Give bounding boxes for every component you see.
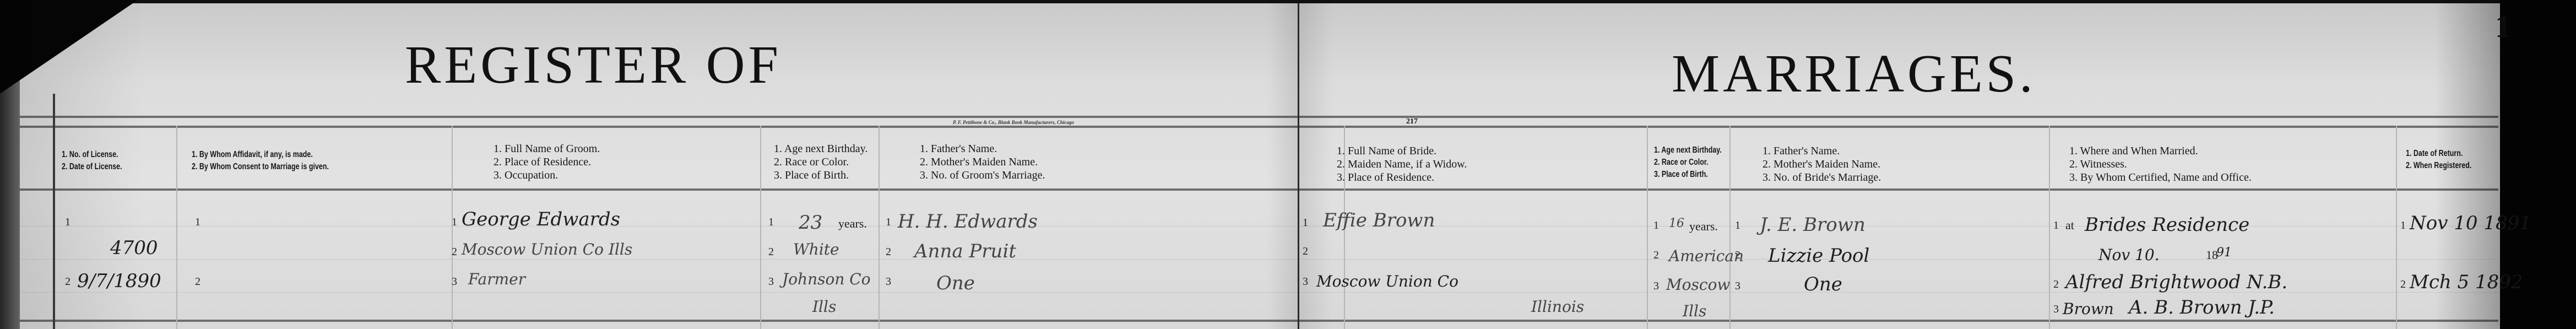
groom-race: White [793,240,839,258]
row-numeral: 2 [2053,278,2059,291]
register-scan: REGISTER OF MARRIAGES. 1 P. F. Pettibone… [0,0,2576,329]
witnesses: Alfred Brightwood N.B. [2065,271,2287,293]
row-numeral: 3 [452,276,457,288]
row-numeral: 2 [2400,278,2406,291]
column-rule [176,126,177,329]
column-rule [2049,126,2050,329]
printed-years: years. [1689,219,1718,234]
certified-by: A. B. Brown J.P. [2129,296,2275,319]
title-marriages: MARRIAGES. [1672,43,2036,105]
bride-birthplace: Moscow [1666,276,1730,294]
header-bride-age: 1. Age next Birthday. 2. Race or Color. … [1654,144,1722,181]
bride-name: Effie Brown [1323,209,1435,231]
bride-age: 16 [1669,217,1684,230]
date-of-return: Nov 10 1891 [2410,212,2531,234]
bride-father: J. E. Brown [1760,214,1865,236]
row-numeral: 2 [65,276,70,288]
row-numeral: 1 [1653,219,1659,232]
when-registered: Mch 5 1892 [2410,271,2523,293]
row-numeral: 2 [1653,249,1659,262]
row-numeral: 3 [1303,276,1308,288]
printer-imprint: P. F. Pettibone & Co., Blank Book Manufa… [953,120,1074,125]
row-numeral: 2 [452,246,457,258]
row-numeral: 3 [886,276,891,288]
header-bride: 1. Full Name of Bride. 2. Maiden Name, i… [1337,144,1467,184]
row-numeral: 1 [2053,219,2059,232]
header-rule-bottom [20,188,2498,191]
column-rule [1729,126,1731,329]
license-number: 4700 [110,237,158,259]
margin-rule [53,94,55,329]
bride-birthplace-state: Ills [1683,302,1706,320]
groom-residence: Moscow Union Co Ills [462,240,632,258]
row-numeral: 1 [2400,219,2406,232]
certified-by-prefix: Brown [2063,300,2114,318]
header-license: 1. No. of License. 2. Date of License. [62,149,122,173]
row-rule-bottom [20,320,2498,322]
row-numeral: 3 [1653,280,1659,293]
groom-father: H. H. Edwards [898,211,1038,233]
header-affidavit: 1. By Whom Affidavit, if any, is made. 2… [192,149,329,173]
header-groom: 1. Full Name of Groom. 2. Place of Resid… [493,142,600,182]
groom-mother: Anna Pruit [914,240,1016,262]
page-top-edge [0,0,2576,3]
folio-number: 217 [1406,117,1418,126]
printed-years: years. [838,217,867,231]
row-numeral: 3 [2053,303,2059,316]
printed-at: at [2065,218,2074,233]
married-when: Nov 10. [2098,246,2160,264]
groom-marriage-number: One [936,272,975,294]
header-return: 1. Date of Return. 2. When Registered. [2406,148,2471,172]
groom-name: George Edwards [462,208,620,230]
married-year: 91 [2216,246,2232,260]
row-numeral: 1 [768,216,774,229]
bride-residence: Moscow Union Co [1316,272,1458,290]
bride-marriage-number: One [1804,273,1842,295]
bride-race: American [1669,247,1744,265]
groom-birthplace: Johnson Co [782,270,871,288]
row-numeral: 2 [768,246,774,258]
header-ceremony: 1. Where and When Married. 2. Witnesses.… [2069,144,2252,184]
license-date: 9/7/1890 [77,270,161,292]
column-rule [2396,126,2397,329]
row-numeral: 3 [1735,280,1740,293]
row-numeral: 1 [886,216,891,229]
groom-occupation: Farmer [468,270,525,288]
row-numeral: 3 [768,276,774,288]
column-rule [760,126,761,329]
torn-corner [0,0,138,94]
title-register-of: REGISTER OF [405,34,782,96]
bride-mother: Lizzie Pool [1768,245,1869,267]
header-groom-parents: 1. Father's Name. 2. Mother's Maiden Nam… [920,142,1045,182]
row-numeral: 1 [195,216,200,229]
groom-birthplace-state: Ills [812,298,836,316]
married-where: Brides Residence [2085,214,2249,236]
row-numeral: 1 [1303,217,1308,229]
header-rule-top [20,116,2498,118]
header-rule-top-2 [20,126,2498,128]
row-numeral: 2 [195,276,200,288]
row-numeral: 1 [452,216,457,229]
book-fold [1298,3,1299,329]
row-numeral: 2 [1303,245,1308,258]
column-rule [1647,126,1648,329]
row-numeral: 2 [886,246,891,258]
row-numeral: 1 [1735,219,1740,232]
groom-age: 23 [799,212,822,234]
column-rule [878,126,880,329]
page-number: 1 [2495,8,2511,45]
row-numeral: 1 [65,216,70,229]
header-groom-age: 1. Age next Birthday. 2. Race or Color. … [774,142,867,182]
bride-residence-state: Illinois [1531,298,1584,316]
header-bride-parents: 1. Father's Name. 2. Mother's Maiden Nam… [1762,144,1881,184]
